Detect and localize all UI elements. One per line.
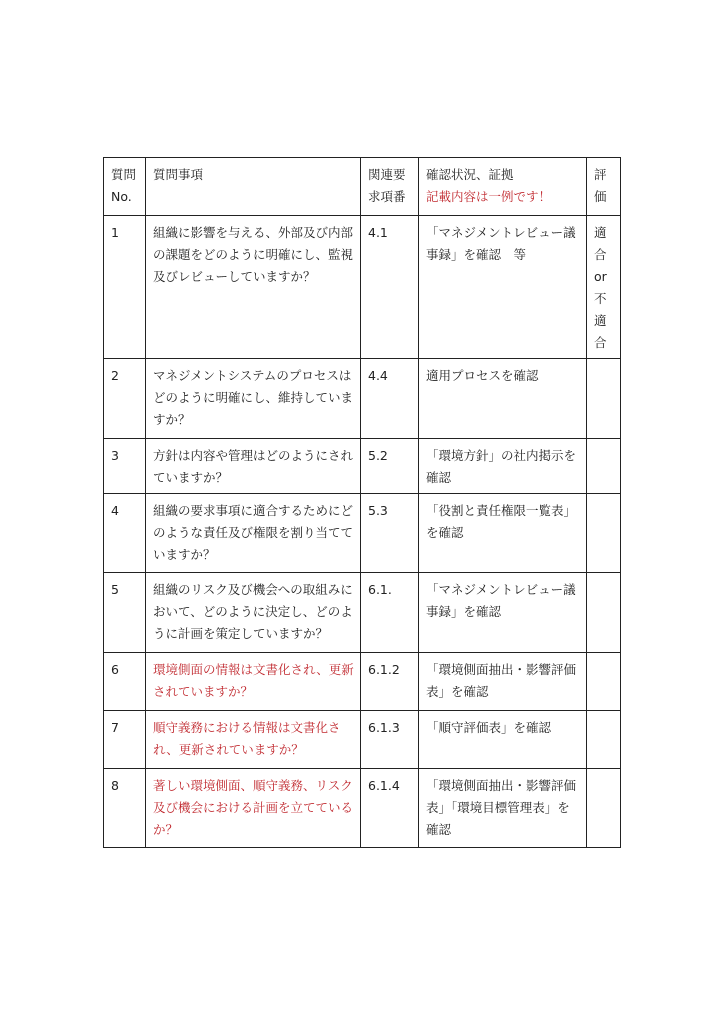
cell-evaluation[interactable]	[587, 711, 621, 769]
cell-no: 8	[104, 769, 146, 848]
header-clause-line1: 関連要	[368, 167, 406, 182]
cell-evaluation[interactable]	[587, 653, 621, 711]
table-row: 3 方針は内容や管理はどのようにされていますか？ 5.2 「環境方針」の社内掲示…	[104, 439, 621, 494]
cell-evidence: 適用プロセスを確認	[419, 359, 587, 439]
cell-clause: 6.1.2	[361, 653, 419, 711]
cell-question: 組織の要求事項に適合するためにどのような責任及び権限を割り当てていますか？	[146, 494, 361, 573]
cell-evidence: 「役割と責任権限一覧表」を確認	[419, 494, 587, 573]
cell-evaluation[interactable]	[587, 573, 621, 653]
cell-evaluation[interactable]	[587, 359, 621, 439]
cell-clause: 6.1.3	[361, 711, 419, 769]
header-clause-line2: 求項番	[368, 189, 406, 204]
table-row: 7 順守義務における情報は文書化され、更新されていますか？ 6.1.3 「順守評…	[104, 711, 621, 769]
cell-evidence: 「順守評価表」を確認	[419, 711, 587, 769]
cell-clause: 5.2	[361, 439, 419, 494]
cell-clause: 6.1.	[361, 573, 419, 653]
table-row: 5 組織のリスク及び機会への取組みにおいて、どのように決定し、どのように計画を策…	[104, 573, 621, 653]
table-row: 6 環境側面の情報は文書化され、更新されていますか？ 6.1.2 「環境側面抽出…	[104, 653, 621, 711]
header-row: 質問 No. 質問事項 関連要 求項番 確認状況、証拠 記載内容は一例です！ 評…	[104, 158, 621, 216]
table-row: 1 組織に影響を与える、外部及び内部の課題をどのように明確にし、監視及びレビュー…	[104, 216, 621, 359]
cell-no: 4	[104, 494, 146, 573]
header-question: 質問事項	[146, 158, 361, 216]
header-evaluation: 評 価	[587, 158, 621, 216]
cell-evidence: 「環境方針」の社内掲示を確認	[419, 439, 587, 494]
cell-clause: 4.1	[361, 216, 419, 359]
cell-evaluation[interactable]	[587, 439, 621, 494]
cell-question: 組織に影響を与える、外部及び内部の課題をどのように明確にし、監視及びレビューして…	[146, 216, 361, 359]
cell-no: 2	[104, 359, 146, 439]
eval-char: 合	[594, 332, 614, 354]
cell-no: 6	[104, 653, 146, 711]
header-no-line2: No.	[111, 189, 132, 204]
table-row: 8 著しい環境側面、順守義務、リスク及び機会における計画を立てているか？ 6.1…	[104, 769, 621, 848]
eval-char: or	[594, 266, 614, 288]
header-evidence: 確認状況、証拠 記載内容は一例です！	[419, 158, 587, 216]
eval-char: 適	[594, 222, 614, 244]
cell-question: 方針は内容や管理はどのようにされていますか？	[146, 439, 361, 494]
eval-char: 不	[594, 288, 614, 310]
cell-question: マネジメントシステムのプロセスはどのように明確にし、維持していますか？	[146, 359, 361, 439]
cell-no: 5	[104, 573, 146, 653]
table-row: 4 組織の要求事項に適合するためにどのような責任及び権限を割り当てていますか？ …	[104, 494, 621, 573]
table-row: 2 マネジメントシステムのプロセスはどのように明確にし、維持していますか？ 4.…	[104, 359, 621, 439]
cell-question-highlighted: 順守義務における情報は文書化され、更新されていますか？	[146, 711, 361, 769]
cell-clause: 5.3	[361, 494, 419, 573]
header-clause: 関連要 求項番	[361, 158, 419, 216]
cell-no: 7	[104, 711, 146, 769]
header-question-no: 質問 No.	[104, 158, 146, 216]
cell-evaluation[interactable]	[587, 769, 621, 848]
cell-evidence: 「マネジメントレビュー議事録」を確認	[419, 573, 587, 653]
cell-clause: 4.4	[361, 359, 419, 439]
cell-no: 3	[104, 439, 146, 494]
cell-evaluation[interactable]	[587, 494, 621, 573]
header-evidence-label: 確認状況、証拠	[426, 167, 514, 182]
cell-question-highlighted: 環境側面の情報は文書化され、更新されていますか？	[146, 653, 361, 711]
cell-evidence: 「環境側面抽出・影響評価表」を確認	[419, 653, 587, 711]
header-eval-line1: 評	[594, 167, 607, 182]
audit-checklist-table: 質問 No. 質問事項 関連要 求項番 確認状況、証拠 記載内容は一例です！ 評…	[103, 157, 621, 848]
cell-evidence: 「環境側面抽出・影響評価表」「環境目標管理表」を確認	[419, 769, 587, 848]
header-evidence-note: 記載内容は一例です！	[426, 189, 551, 204]
cell-question: 組織のリスク及び機会への取組みにおいて、どのように決定し、どのように計画を策定し…	[146, 573, 361, 653]
eval-char: 適	[594, 310, 614, 332]
header-no-line1: 質問	[111, 167, 136, 182]
cell-evaluation[interactable]: 適 合 or 不 適 合	[587, 216, 621, 359]
cell-no: 1	[104, 216, 146, 359]
header-eval-line2: 価	[594, 189, 607, 204]
cell-question-highlighted: 著しい環境側面、順守義務、リスク及び機会における計画を立てているか？	[146, 769, 361, 848]
cell-evidence: 「マネジメントレビュー議事録」を確認 等	[419, 216, 587, 359]
eval-char: 合	[594, 244, 614, 266]
cell-clause: 6.1.4	[361, 769, 419, 848]
